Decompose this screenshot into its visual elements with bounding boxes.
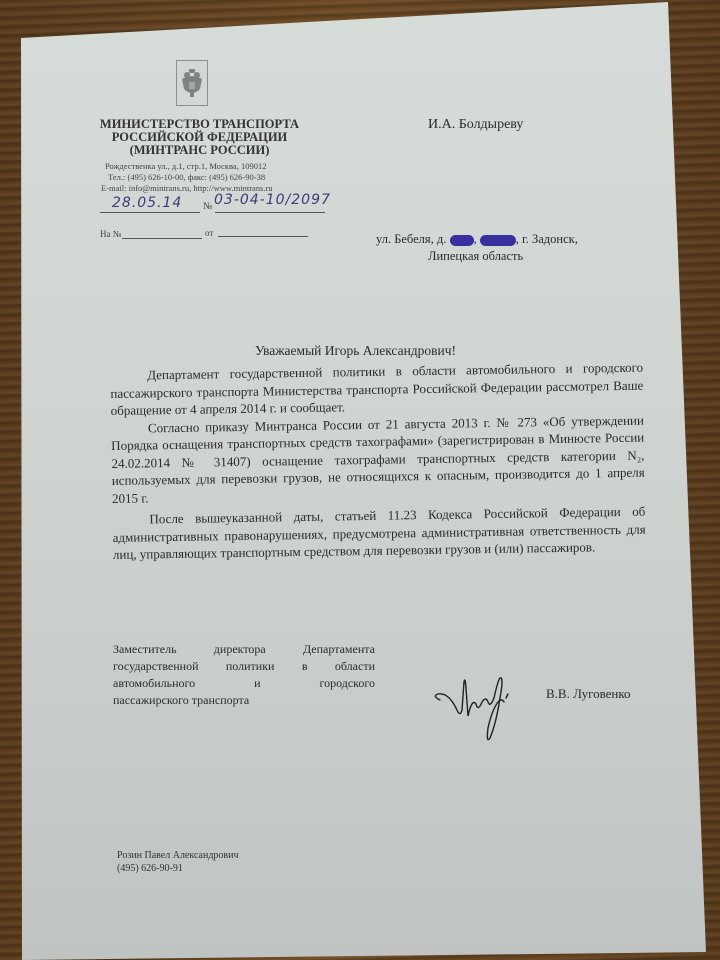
recipient-name: И.А. Болдыреву (428, 117, 523, 133)
redaction-mark (450, 235, 474, 246)
ministry-address: Рождественка ул., д.1, стр.1, Москва, 10… (105, 161, 266, 172)
title-line-3: автомобильного и городского (113, 675, 375, 692)
signatory-name: В.В. Луговенко (546, 686, 631, 702)
greeting: Уважаемый Игорь Александрович! (255, 343, 456, 359)
recipient-address: ул. Бебеля, д. , , г. Задонск, (376, 232, 578, 247)
paragraph-3: После вышеуказанной даты, статьей 11.23 … (112, 503, 646, 564)
ref-label: На № (100, 229, 121, 240)
title-line-1: Заместитель директора Департамента (113, 641, 375, 658)
letter-page: МИНИСТЕРСТВО ТРАНСПОРТА РОССИЙСКОЙ ФЕДЕР… (0, 0, 720, 960)
coat-of-arms-icon (176, 60, 208, 106)
paragraph-2: Согласно приказу Минтранса России от 21 … (111, 411, 645, 507)
recipient-region: Липецкая область (428, 249, 523, 264)
title-line-2: государственной политики в области (113, 658, 375, 675)
handwritten-date: 28.05.14 (112, 195, 182, 211)
contact-person: Розин Павел Александрович (495) 626-90-9… (117, 849, 239, 875)
redaction-mark (480, 235, 516, 246)
address-suffix: , г. Задонск, (516, 232, 578, 246)
ministry-phone: Тел.: (495) 626-10-00, факс: (495) 626-9… (108, 172, 265, 183)
ministry-line-3: (МИНТРАНС РОССИИ) (97, 144, 302, 157)
signatory-title: Заместитель директора Департамента госуд… (113, 641, 375, 709)
handwritten-number: 03-04-10/2097 (214, 192, 331, 208)
contact-phone: (495) 626-90-91 (117, 862, 239, 875)
title-line-4: пассажирского транспорта (113, 692, 375, 709)
date-line (100, 212, 200, 213)
address-prefix: ул. Бебеля, д. (376, 232, 446, 246)
paragraph-1: Департамент государственной политики в о… (110, 359, 644, 420)
letter-body: Департамент государственной политики в о… (110, 359, 646, 564)
contact-name: Розин Павел Александрович (117, 849, 239, 862)
ref-from-label: от (205, 228, 213, 239)
ref-date-line (218, 236, 308, 237)
handwritten-signature-icon (428, 668, 518, 743)
number-label: № (203, 201, 213, 212)
ref-number-line (122, 238, 202, 239)
number-line (215, 212, 325, 213)
ministry-name: МИНИСТЕРСТВО ТРАНСПОРТА РОССИЙСКОЙ ФЕДЕР… (97, 118, 302, 157)
